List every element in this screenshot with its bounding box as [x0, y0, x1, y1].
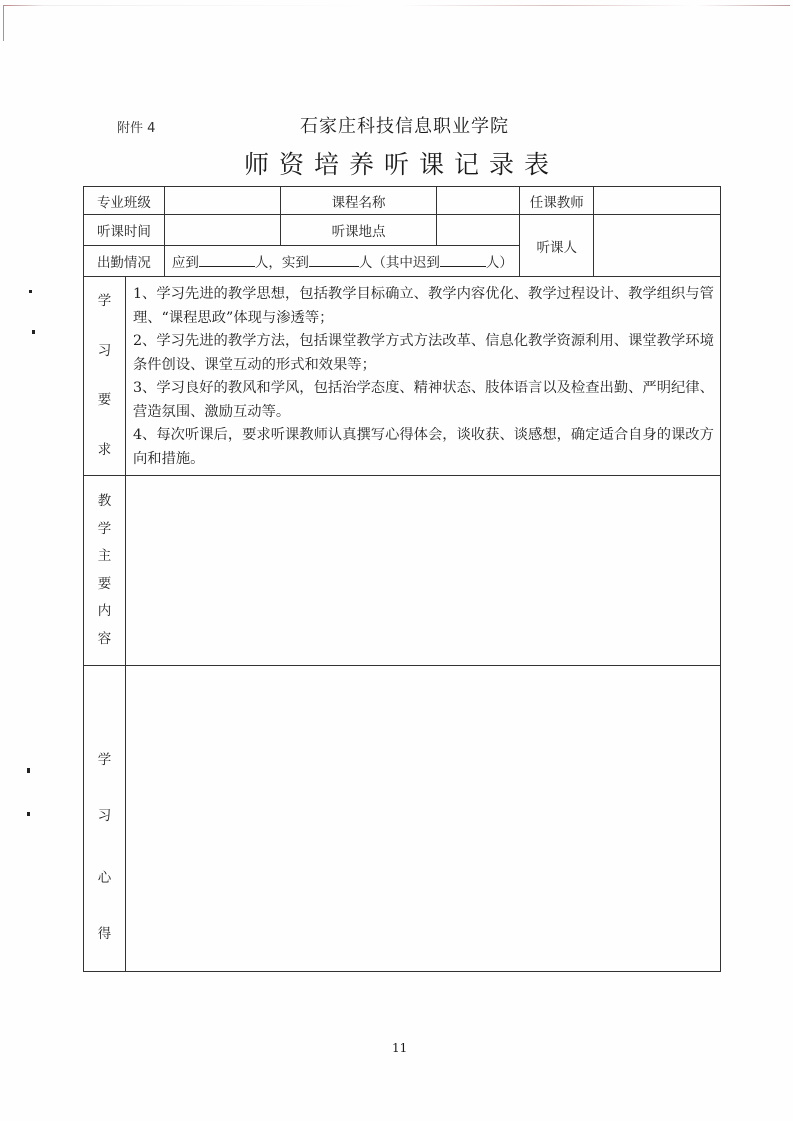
- time-label: 听课时间: [84, 215, 165, 246]
- time-field[interactable]: [164, 215, 280, 246]
- scan-speck: [27, 812, 30, 816]
- scan-speck: [27, 768, 30, 773]
- requirement-item: 4、每次听课后，要求听课教师认真撰写心得体会，谈收获、谈感想，确定适合自身的课改…: [133, 424, 714, 471]
- expected-count-input[interactable]: [199, 254, 255, 267]
- label-char: 学: [84, 523, 125, 537]
- late-count-input[interactable]: [440, 254, 486, 267]
- expected-prefix: 应到: [172, 255, 199, 271]
- label-char: 要: [84, 578, 125, 592]
- main-content-label: 教 学 主 要 内 容: [84, 476, 126, 666]
- sections-table: 学 习 要 求 1、学习先进的教学思想，包括教学目标确立、教学内容优化、教学过程…: [83, 276, 721, 972]
- label-char: 习: [84, 345, 125, 359]
- scan-speck: [32, 330, 35, 334]
- course-name-field[interactable]: [437, 187, 520, 215]
- actual-count-input[interactable]: [309, 254, 359, 267]
- late-prefix: 人（其中迟到: [359, 255, 440, 271]
- label-char: 学: [84, 754, 125, 768]
- label-char: 要: [84, 394, 125, 408]
- main-content-field[interactable]: [125, 476, 720, 666]
- label-char: 心: [84, 872, 125, 886]
- label-char: 主: [84, 550, 125, 564]
- course-name-label: 课程名称: [280, 187, 437, 215]
- label-char: 学: [84, 295, 125, 309]
- attendance-label: 出勤情况: [84, 246, 165, 277]
- scan-speck: [29, 290, 32, 293]
- teacher-label: 任课教师: [520, 187, 594, 215]
- scan-edge: [4, 5, 790, 6]
- label-char: 求: [84, 444, 125, 458]
- info-table: 专业班级 课程名称 任课教师 听课时间 听课地点 听课人 出勤情况 应到人，实到…: [83, 186, 721, 277]
- teacher-field[interactable]: [594, 187, 721, 215]
- annex-label: 附件 4: [117, 117, 155, 136]
- requirement-item: 1、学习先进的教学思想，包括教学目标确立、教学内容优化、教学过程设计、教学组织与…: [133, 283, 714, 330]
- requirement-item: 2、学习先进的教学方法，包括课堂教学方式方法改革、信息化教学资源利用、课堂教学环…: [133, 330, 714, 377]
- label-char: 内: [84, 605, 125, 619]
- label-char: 教: [84, 495, 125, 509]
- requirements-content: 1、学习先进的教学思想，包括教学目标确立、教学内容优化、教学过程设计、教学组织与…: [125, 277, 720, 476]
- listener-field[interactable]: [594, 215, 721, 277]
- major-class-field[interactable]: [164, 187, 280, 215]
- label-char: 得: [84, 928, 125, 942]
- major-class-label: 专业班级: [84, 187, 165, 215]
- location-field[interactable]: [437, 215, 520, 246]
- page-number: 11: [392, 1041, 407, 1055]
- actual-prefix: 人，实到: [255, 255, 309, 271]
- reflection-label: 学 习 心 得: [84, 666, 126, 972]
- requirement-item: 3、学习良好的教风和学风，包括治学态度、精神状态、肢体语言以及检查出勤、严明纪律…: [133, 377, 714, 424]
- location-label: 听课地点: [280, 215, 437, 246]
- label-char: 容: [84, 633, 125, 647]
- school-name: 石家庄科技信息职业学院: [300, 112, 509, 138]
- form-title: 师资培养听课记录表: [0, 145, 793, 181]
- reflection-field[interactable]: [125, 666, 720, 972]
- listener-label: 听课人: [520, 215, 594, 277]
- late-suffix: 人）: [486, 255, 513, 271]
- scan-edge: [3, 5, 4, 41]
- label-char: 习: [84, 810, 125, 824]
- requirements-label: 学 习 要 求: [84, 277, 126, 476]
- attendance-field: 应到人，实到人（其中迟到人）: [164, 246, 519, 277]
